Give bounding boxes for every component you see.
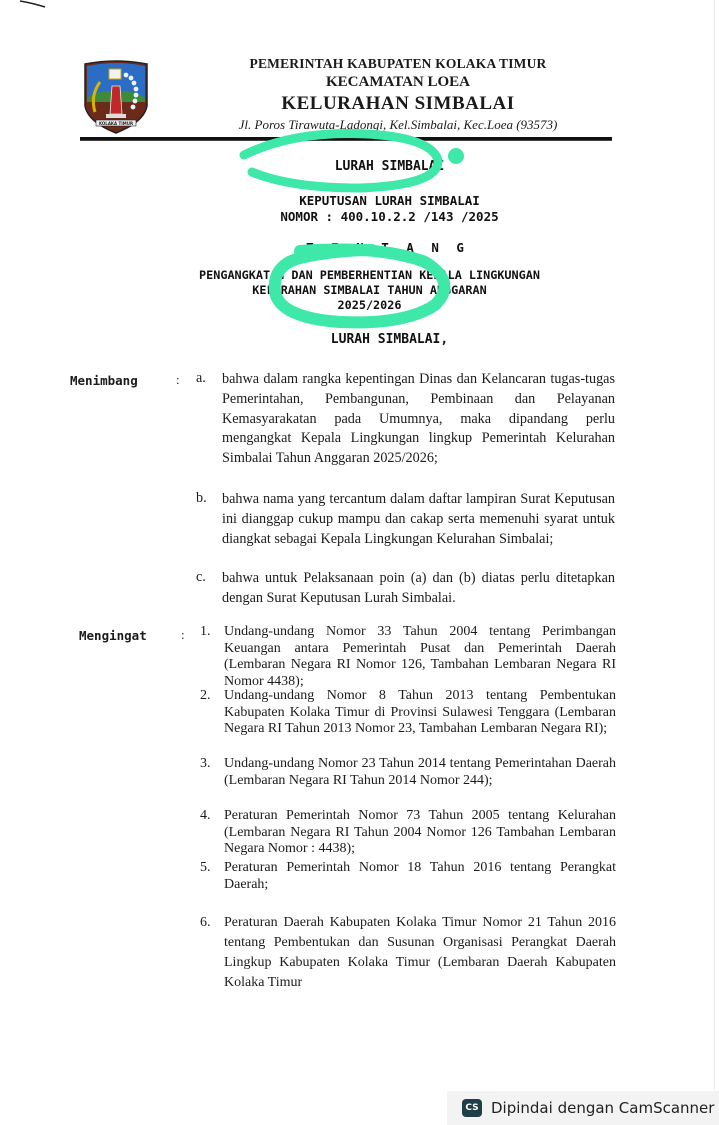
item-text: Peraturan Pemerintah Nomor 18 Tahun 2016… [224, 860, 616, 893]
camscanner-watermark: CS Dipindai dengan CamScanner [447, 1091, 719, 1125]
signatory-heading: LURAH SIMBALAI, [30, 332, 719, 347]
item-text: Peraturan Pemerintah Nomor 73 Tahun 2005… [224, 808, 616, 858]
item-text: Peraturan Daerah Kabupaten Kolaka Timur … [224, 913, 616, 993]
office-address: Jl. Poros Tirawuta-Ladongi, Kel.Simbalai… [168, 116, 628, 133]
item-text: Undang-undang Nomor 33 Tahun 2004 tentan… [224, 624, 616, 690]
item-marker: b. [196, 490, 207, 507]
item-marker: 2. [200, 688, 211, 704]
letterhead: KOLAKA TIMUR PEMERINTAH KABUPATEN KOLAKA… [78, 55, 612, 145]
section-colon: : [176, 372, 180, 388]
decree-number: NOMOR : 400.10.2.2 /143 /2025 [30, 209, 719, 225]
section-colon: : [181, 627, 185, 643]
item-marker: 6. [200, 913, 211, 933]
pen-stroke-mark [18, 0, 48, 8]
item-text: bahwa dalam rangka kepentingan Dinas dan… [222, 370, 615, 469]
subject-line-1: PENGANGKATAN DAN PEMBERHENTIAN KEPALA LI… [10, 268, 719, 283]
village-name: KELURAHAN SIMBALAI [168, 91, 628, 116]
subject-line-2: KELURAHAN SIMBALAI TAHUN ANGGARAN [10, 283, 719, 298]
kolaka-timur-emblem-icon: KOLAKA TIMUR [82, 60, 150, 134]
item-marker: 1. [200, 624, 211, 640]
item-text: Undang-undang Nomor 23 Tahun 2014 tentan… [224, 756, 616, 789]
item-marker: a. [196, 370, 206, 387]
item-marker: 5. [200, 860, 211, 876]
item-marker: 4. [200, 808, 211, 824]
svg-text:KOLAKA TIMUR: KOLAKA TIMUR [99, 121, 133, 126]
item-marker: 3. [200, 756, 211, 772]
letterhead-text: PEMERINTAH KABUPATEN KOLAKA TIMUR KECAMA… [168, 55, 628, 133]
decree-title: KEPUTUSAN LURAH SIMBALAI [30, 193, 719, 209]
issuer-heading: LURAH SIMBALAI [30, 159, 719, 174]
item-text: bahwa nama yang tercantum dalam daftar l… [222, 490, 615, 549]
decree-subject: PENGANGKATAN DAN PEMBERHENTIAN KEPALA LI… [10, 268, 719, 313]
item-text: bahwa untuk Pelaksanaan poin (a) dan (b)… [222, 569, 615, 609]
letterhead-divider [80, 137, 612, 141]
item-text: Undang-undang Nomor 8 Tahun 2013 tentang… [224, 688, 616, 738]
subject-line-3: 2025/2026 [10, 298, 719, 313]
section-label: Mengingat [79, 628, 147, 643]
about-heading: T E N T A N G [28, 240, 719, 255]
camscanner-icon: CS [462, 1099, 482, 1117]
item-marker: c. [196, 569, 206, 586]
district-name: KECAMATAN LOEA [168, 73, 628, 91]
section-label: Menimbang [70, 373, 138, 388]
government-name: PEMERINTAH KABUPATEN KOLAKA TIMUR [168, 55, 628, 73]
watermark-text: Dipindai dengan CamScanner [491, 1099, 714, 1117]
decree-heading: KEPUTUSAN LURAH SIMBALAI NOMOR : 400.10.… [30, 193, 719, 225]
